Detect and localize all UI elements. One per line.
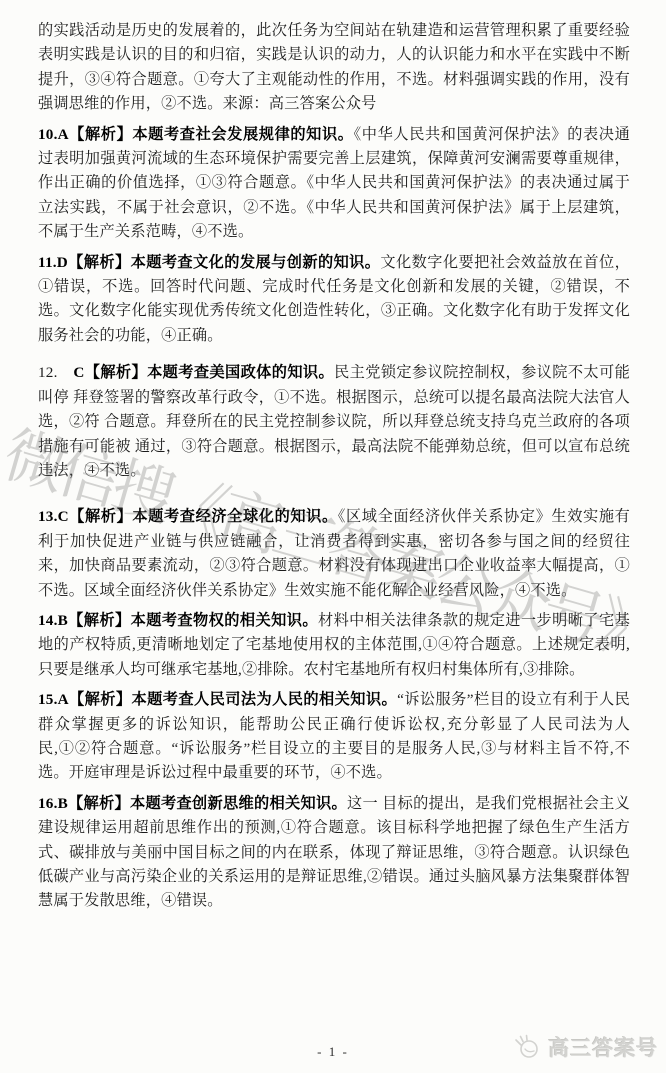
item-answer-heading: C【解析】本题考查美国政体的知识。 bbox=[73, 364, 334, 381]
item-number-prefix: 12. bbox=[38, 364, 73, 381]
answer-item: 的实践活动是历史的发展着的，此次任务为空间站在轨建造和运营管理积累了重要经验表明… bbox=[38, 19, 630, 117]
answer-item: 14.B【解析】本题考查物权的相关知识。材料中相关法律条款的规定进一步明晰了宅基… bbox=[38, 609, 630, 682]
item-answer-heading: 16.B【解析】本题考查创新思维的相关知识。 bbox=[38, 795, 347, 812]
document-page: 微信搜《高三答案公众号》 的实践活动是历史的发展着的，此次任务为空间站在轨建造和… bbox=[0, 0, 666, 1073]
answer-item: 16.B【解析】本题考查创新思维的相关知识。这一 目标的提出，是我们党根据社会主… bbox=[38, 792, 630, 914]
answer-item: 10.A【解析】本题考查社会发展规律的知识。《中华人民共和国黄河保护法》的表决通… bbox=[38, 123, 630, 245]
item-explanation-text: 民主党锁定参议院控制权，参议院不太可能叫停 拜登签署的警察改革行政令，①不选。根… bbox=[38, 364, 630, 479]
item-answer-heading: 10.A【解析】本题考查社会发展规律的知识。 bbox=[38, 126, 354, 143]
item-explanation-text: 的实践活动是历史的发展着的，此次任务为空间站在轨建造和运营管理积累了重要经验表明… bbox=[38, 22, 630, 112]
footer-logo-text: 高三答案号 bbox=[548, 1032, 658, 1062]
item-answer-heading: 15.A【解析】本题考查人民司法为人民的相关知识。 bbox=[38, 691, 397, 708]
footer-logo: 高三答案号 bbox=[513, 1032, 658, 1062]
answer-item: 15.A【解析】本题考查人民司法为人民的相关知识。“诉讼服务”栏目的设立有利于人… bbox=[38, 688, 630, 786]
answer-item: 12. C【解析】本题考查美国政体的知识。民主党锁定参议院控制权，参议院不太可能… bbox=[38, 361, 630, 483]
answer-item: 13.C【解析】本题考查经济全球化的知识。《区域全面经济伙伴关系协定》生效实施有… bbox=[38, 505, 630, 603]
answer-explanations-list: 的实践活动是历史的发展着的，此次任务为空间站在轨建造和运营管理积累了重要经验表明… bbox=[38, 19, 630, 920]
item-answer-heading: 11.D【解析】本题考查文化的发展与创新的知识。 bbox=[38, 254, 380, 271]
item-answer-heading: 14.B【解析】本题考查物权的相关知识。 bbox=[38, 612, 318, 629]
bird-logo-icon bbox=[513, 1032, 543, 1062]
answer-item: 11.D【解析】本题考查文化的发展与创新的知识。文化数字化要把社会效益放在首位，… bbox=[38, 251, 630, 349]
item-answer-heading: 13.C【解析】本题考查经济全球化的知识。 bbox=[38, 508, 338, 525]
